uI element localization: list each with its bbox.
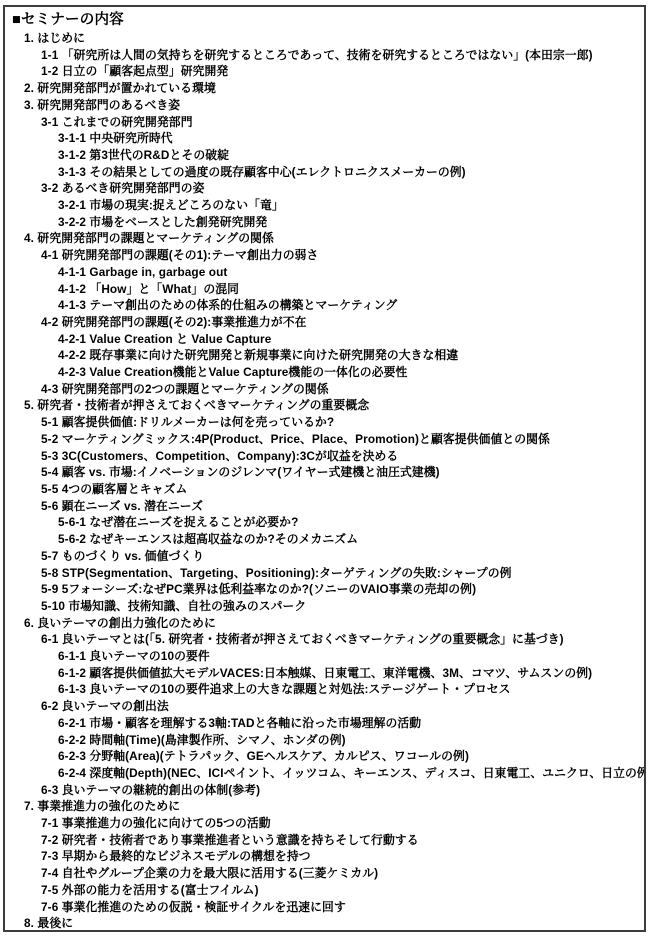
outline-item: 4-2 研究開発部門の課題(その2):事業推進力が不在 <box>12 314 640 331</box>
outline-item: 6-2-2 時間軸(Time)(島津製作所、シマノ、ホンダの例) <box>12 732 640 749</box>
outline-item: 4-1 研究開発部門の課題(その1):テーマ創出力の弱さ <box>12 247 640 264</box>
outline-item: 3-1-1 中央研究所時代 <box>12 130 640 147</box>
outline-item: 7-6 事業化推進のための仮説・検証サイクルを迅速に回す <box>12 899 640 916</box>
outline-item: 6-3 良いテーマの継続的創出の体制(参考) <box>12 782 640 799</box>
outline-item: 6-2-1 市場・顧客を理解する3軸:TADと各軸に沿った市場理解の活動 <box>12 715 640 732</box>
outline-item: 6-1 良いテーマとは(「5. 研究者・技術者が押さえておくべきマーケティングの… <box>12 631 640 648</box>
outline-item: 7. 事業推進力の強化のために <box>12 798 640 815</box>
outline-item: 8. 最後に <box>12 915 640 932</box>
outline-item: 4-2-3 Value Creation機能とValue Capture機能の一… <box>12 364 640 381</box>
outline-item: 4-2-1 Value Creation と Value Capture <box>12 331 640 348</box>
outline-item: 1. はじめに <box>12 30 640 47</box>
outline-item: 4-3 研究開発部門の2つの課題とマーケティングの関係 <box>12 381 640 398</box>
outline-item: 5. 研究者・技術者が押さえておくべきマーケティングの重要概念 <box>12 397 640 414</box>
outline-item: 6-2-3 分野軸(Area)(テトラパック、GEヘルスケア、カルピス、ワコール… <box>12 748 640 765</box>
document-border-frame: ■セミナーの内容 1. はじめに1-1 「研究所は人間の気持ちを研究するところで… <box>3 5 646 932</box>
seminar-contents-page: ■セミナーの内容 1. はじめに1-1 「研究所は人間の気持ちを研究するところで… <box>0 0 650 939</box>
outline-item: 1-2 日立の「顧客起点型」研究開発 <box>12 63 640 80</box>
outline-item: 3. 研究開発部門のあるべき姿 <box>12 97 640 114</box>
outline-item: 3-2-1 市場の現実:捉えどころのない「竜」 <box>12 197 640 214</box>
outline-item: 5-9 5フォーシーズ:なぜPC業界は低利益率なのか?(ソニーのVAIO事業の売… <box>12 581 640 598</box>
outline-item: 5-10 市場知識、技術知識、自社の強みのスパーク <box>12 598 640 615</box>
outline-item: 6-2 良いテーマの創出法 <box>12 698 640 715</box>
outline-item: 7-5 外部の能力を活用する(富士フイルム) <box>12 882 640 899</box>
outline-item: 7-4 自社やグループ企業の力を最大限に活用する(三菱ケミカル) <box>12 865 640 882</box>
seminar-outline: 1. はじめに1-1 「研究所は人間の気持ちを研究するところであって、技術を研究… <box>12 30 640 932</box>
outline-item: 5-7 ものづくり vs. 価値づくり <box>12 548 640 565</box>
outline-item: 5-4 顧客 vs. 市場:イノベーションのジレンマ(ワイヤー式建機と油圧式建機… <box>12 464 640 481</box>
outline-item: 4-1-3 テーマ創出のための体系的仕組みの構築とマーケティング <box>12 297 640 314</box>
outline-item: 5-6-1 なぜ潜在ニーズを捉えることが必要か? <box>12 514 640 531</box>
outline-item: 5-2 マーケティングミックス:4P(Product、Price、Place、P… <box>12 431 640 448</box>
outline-item: 4-2-2 既存事業に向けた研究開発と新規事業に向けた研究開発の大きな相違 <box>12 347 640 364</box>
outline-item: 5-6-2 なぜキーエンスは超高収益なのか?そのメカニズム <box>12 531 640 548</box>
outline-item: 3-1-2 第3世代のR&Dとその破綻 <box>12 147 640 164</box>
outline-item: 4-1-2 「How」と「What」の混同 <box>12 281 640 298</box>
outline-item: 7-1 事業推進力の強化に向けての5つの活動 <box>12 815 640 832</box>
outline-item: 3-1 これまでの研究開発部門 <box>12 114 640 131</box>
outline-item: 6-1-2 顧客提供価値拡大モデルVACES:日本触媒、日東電工、東洋電機、3M… <box>12 665 640 682</box>
outline-item: 6-2-4 深度軸(Depth)(NEC、ICIペイント、イッツコム、キーエンス… <box>12 765 640 782</box>
outline-item: 7-2 研究者・技術者であり事業推進者という意識を持ちそして行動する <box>12 832 640 849</box>
outline-item: 5-5 4つの顧客層とキャズム <box>12 481 640 498</box>
outline-item: 5-6 顕在ニーズ vs. 潜在ニーズ <box>12 498 640 515</box>
outline-item: 7-3 早期から最終的なビジネスモデルの構想を持つ <box>12 848 640 865</box>
page-title: ■セミナーの内容 <box>12 11 640 30</box>
outline-item: 2. 研究開発部門が置かれている環境 <box>12 80 640 97</box>
outline-item: 6-1-3 良いテーマの10の要件追求上の大きな課題と対処法:ステージゲート・プ… <box>12 681 640 698</box>
outline-item: 5-8 STP(Segmentation、Targeting、Positioni… <box>12 565 640 582</box>
outline-item: 5-1 顧客提供価値:ドリルメーカーは何を売っているか? <box>12 414 640 431</box>
outline-item: 4. 研究開発部門の課題とマーケティングの関係 <box>12 230 640 247</box>
outline-item: 3-2-2 市場をベースとした創発研究開発 <box>12 214 640 231</box>
outline-item: 3-1-3 その結果としての過度の既存顧客中心(エレクトロニクスメーカーの例) <box>12 164 640 181</box>
outline-item: 1-1 「研究所は人間の気持ちを研究するところであって、技術を研究するところでは… <box>12 47 640 64</box>
outline-item: 3-2 あるべき研究開発部門の姿 <box>12 180 640 197</box>
outline-item: 6. 良いテーマの創出力強化のために <box>12 615 640 632</box>
outline-item: 4-1-1 Garbage in, garbage out <box>12 264 640 281</box>
outline-item: 6-1-1 良いテーマの10の要件 <box>12 648 640 665</box>
outline-item: 5-3 3C(Customers、Competition、Company):3C… <box>12 448 640 465</box>
